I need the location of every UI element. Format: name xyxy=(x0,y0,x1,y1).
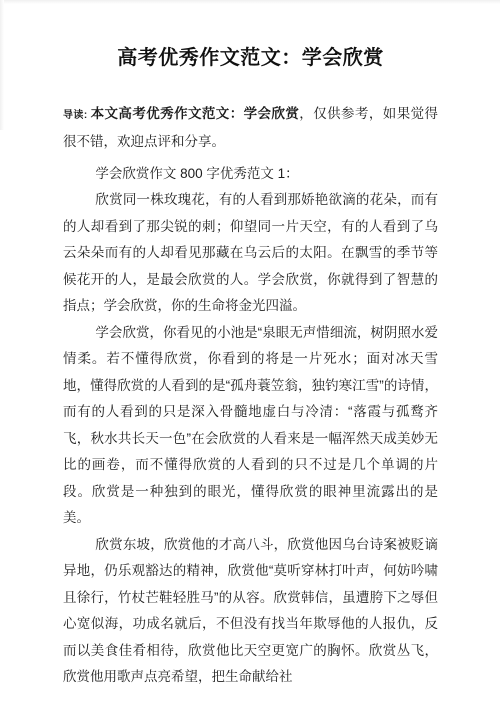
document-content: 高考优秀作文范文：学会欣赏 导读:本文高考优秀作文范文：学会欣赏，仅供参考，如果… xyxy=(0,44,500,691)
essay-body: 学会欣赏作文 800 字优秀范文 1： 欣赏同一株玫瑰花，有的人看到那娇艳欲滴的… xyxy=(63,161,438,691)
essay-paragraph: 学会欣赏，你看见的小池是“泉眼无声惜细流，树阴照水爱情柔。若不懂得欣赏，你看到的… xyxy=(63,320,438,532)
document-title: 高考优秀作文范文：学会欣赏 xyxy=(63,44,438,72)
essay-subheading: 学会欣赏作文 800 字优秀范文 1： xyxy=(63,161,438,188)
page-top-edge xyxy=(0,0,500,4)
document-page: 高考优秀作文范文：学会欣赏 导读:本文高考优秀作文范文：学会欣赏，仅供参考，如果… xyxy=(0,0,500,708)
page-left-edge xyxy=(0,0,4,130)
essay-paragraph: 欣赏东坡，欣赏他的才高八斗，欣赏他因乌台诗案被贬谪异地，仍乐观豁达的精神，欣赏他… xyxy=(63,532,438,691)
intro-lead-label: 导读: xyxy=(63,110,87,121)
essay-paragraph: 欣赏同一株玫瑰花，有的人看到那娇艳欲滴的花朵，而有的人却看到了那尖锐的刺；仰望同… xyxy=(63,187,438,320)
intro-paragraph: 导读:本文高考优秀作文范文：学会欣赏，仅供参考，如果觉得很不错，欢迎点评和分享。 xyxy=(63,101,438,155)
intro-bold-text: 本文高考优秀作文范文：学会欣赏 xyxy=(90,106,299,121)
